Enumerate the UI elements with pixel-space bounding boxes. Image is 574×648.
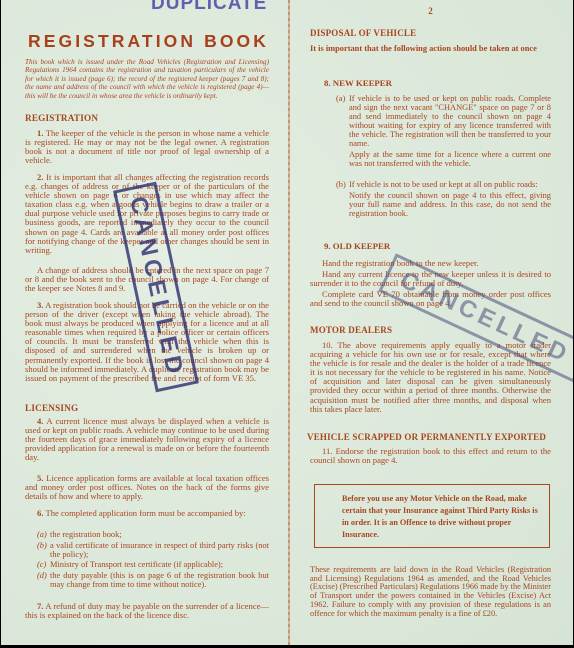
new-keeper-item-b: (b) If vehicle is not to be used or kept… xyxy=(336,180,551,220)
insurance-notice-box: Before you use any Motor Vehicle on the … xyxy=(314,484,550,548)
regulations-footer: These requirements are laid down in the … xyxy=(310,566,551,618)
licensing-heading: LICENSING xyxy=(25,403,78,413)
new-keeper-heading: 8. NEW KEEPER xyxy=(324,78,392,88)
note-6-requirements-list: (a)the registration book; (b)a valid cer… xyxy=(37,530,269,590)
intro-text: This book which is issued under the Road… xyxy=(25,58,269,100)
note-3: 3. A registration book should not be car… xyxy=(25,301,269,383)
document-title: REGISTRATION BOOK xyxy=(28,31,268,52)
old-keeper-step-2: Hand any current licence to the new keep… xyxy=(310,270,551,288)
note-2: 2. It is important that all changes affe… xyxy=(25,173,269,255)
note-10: 10. The above requirements apply equally… xyxy=(310,341,551,414)
page-number: 2 xyxy=(310,6,551,16)
note-11: 11. Endorse the registration book to thi… xyxy=(310,447,551,465)
note-7: 7. A refund of duty may be payable on th… xyxy=(25,602,269,620)
registration-book-spread: REGISTRATION BOOK This book which is iss… xyxy=(1,0,573,645)
old-keeper-step-1: Hand the registration book to the new ke… xyxy=(310,259,551,268)
note-5: 5. Licence application forms are availab… xyxy=(25,474,269,501)
disposal-lead: It is important that the following actio… xyxy=(310,44,551,53)
scrapped-heading: VEHICLE SCRAPPED OR PERMANENTLY EXPORTED xyxy=(307,432,546,442)
old-keeper-heading: 9. OLD KEEPER xyxy=(324,241,390,251)
note-1: 1. The keeper of the vehicle is the pers… xyxy=(25,129,269,165)
requirement-d: (d)the duty payable (this is on page 6 o… xyxy=(37,571,269,589)
requirement-c: (c)Ministry of Transport test certificat… xyxy=(37,560,269,569)
disposal-heading: DISPOSAL OF VEHICLE xyxy=(310,28,416,38)
motor-dealers-heading: MOTOR DEALERS xyxy=(310,325,392,335)
registration-heading: REGISTRATION xyxy=(25,113,98,123)
page-fold xyxy=(288,0,290,645)
old-keeper-step-3: Complete card VE 70 obtainable from mone… xyxy=(310,290,551,308)
duplicate-stamp: DUPLICATE xyxy=(151,0,267,15)
requirement-a: (a)the registration book; xyxy=(37,530,269,539)
note-6: 6. The completed application form must b… xyxy=(37,509,269,518)
requirement-b: (b)a valid certificate of insurance in r… xyxy=(37,541,269,559)
note-4: 4. A current licence must always be disp… xyxy=(25,417,269,462)
note-2-change-of-address: A change of address should be entered in… xyxy=(25,266,269,293)
new-keeper-item-a: (a) If vehicle is to be used or kept on … xyxy=(336,94,551,170)
